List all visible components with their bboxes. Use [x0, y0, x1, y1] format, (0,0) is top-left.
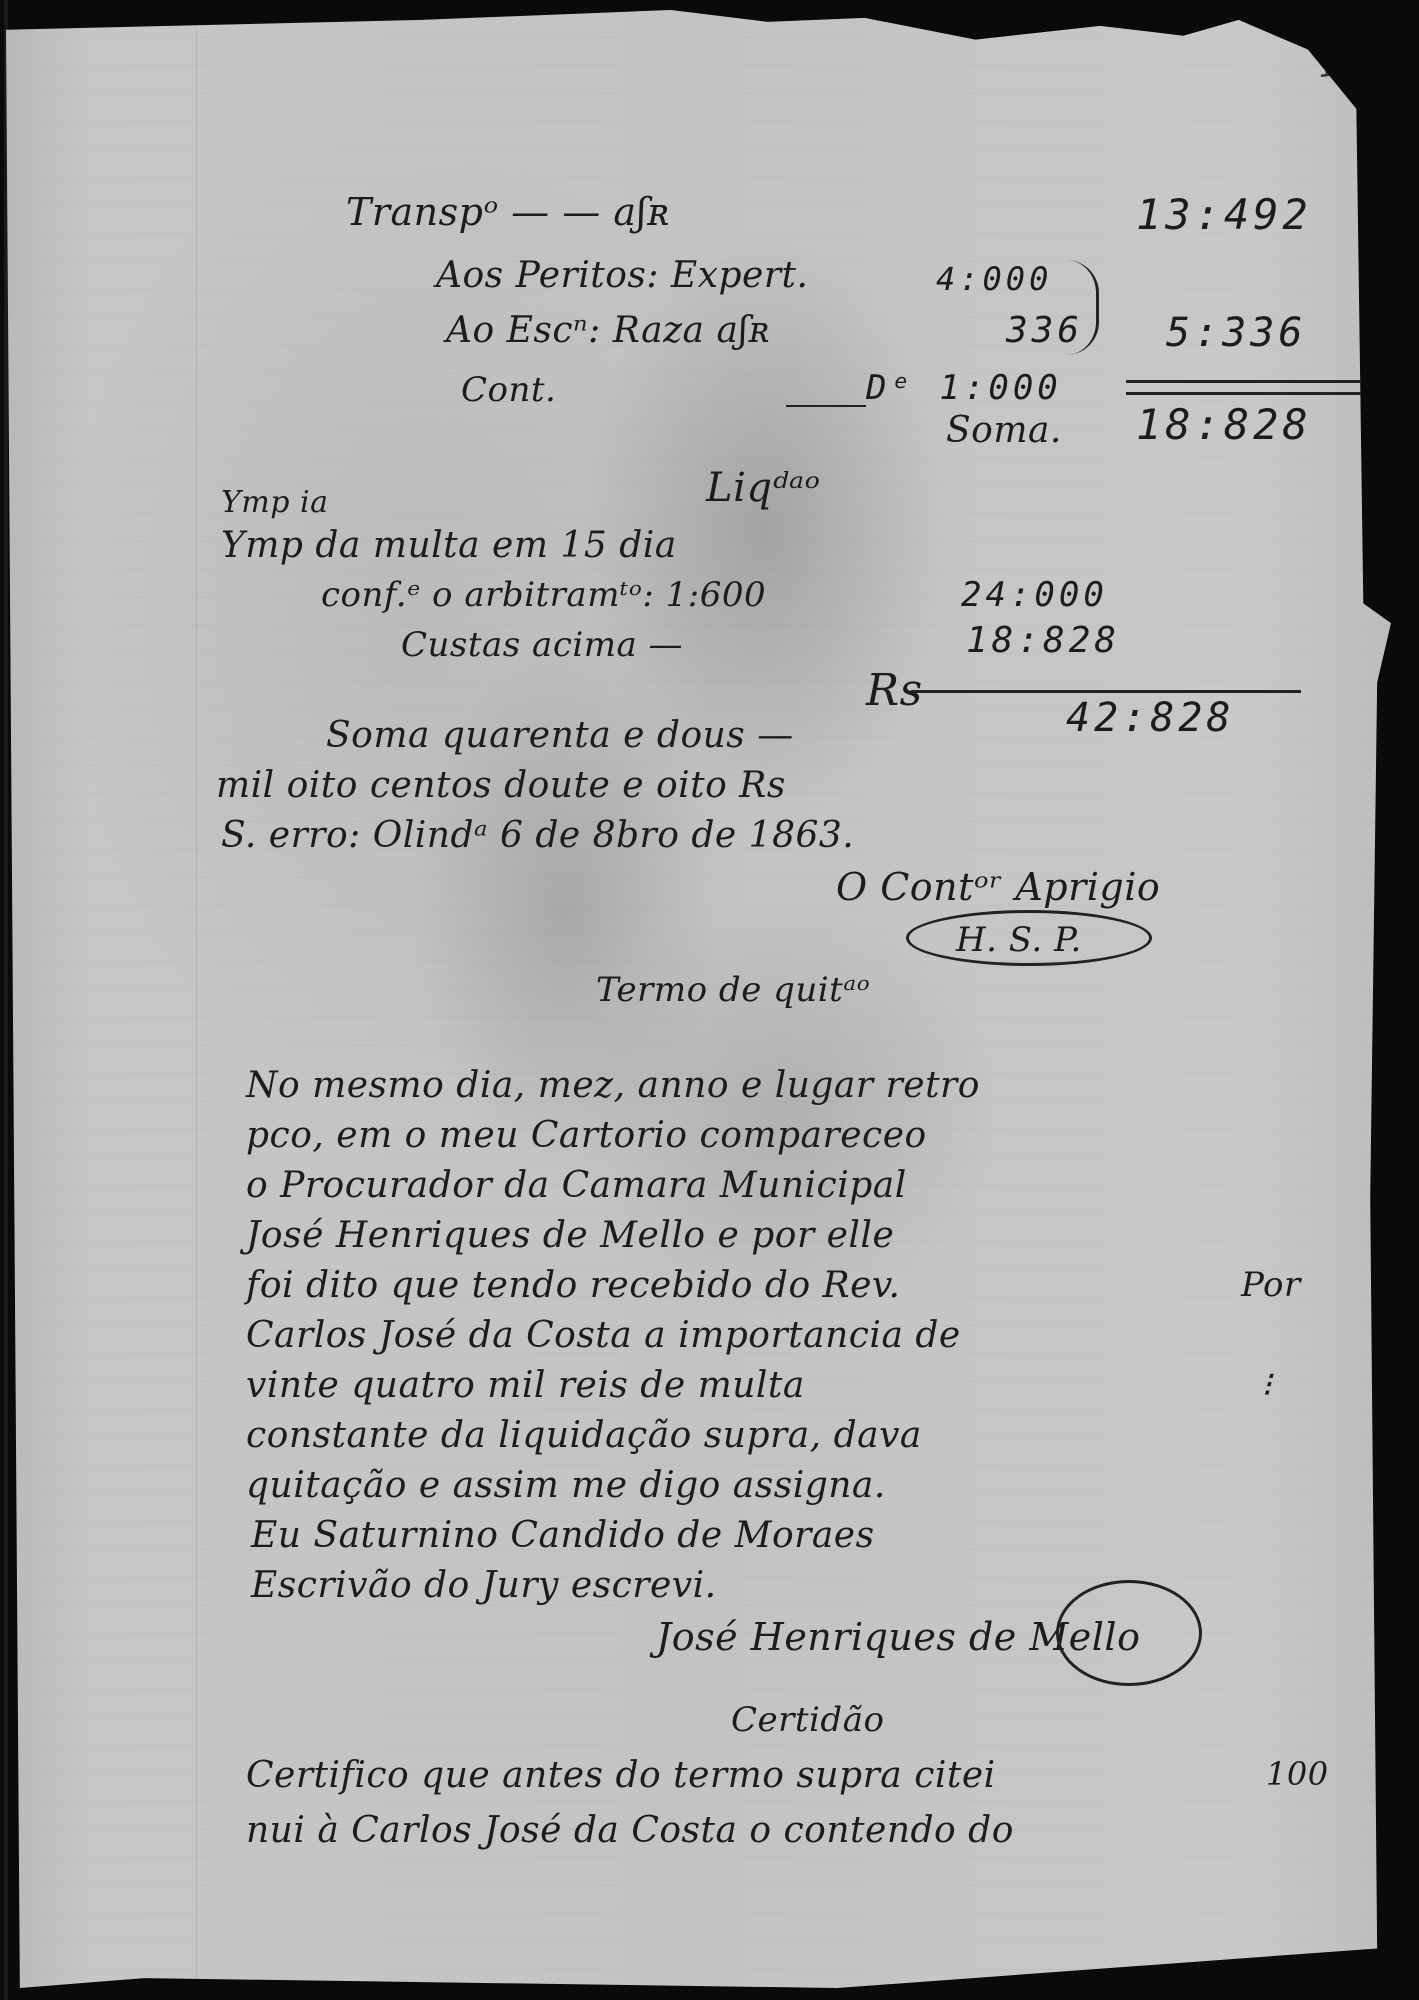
termo-line: foi dito que tendo recebido do Rev. — [246, 1265, 900, 1306]
account-row-total: 5:336 — [1166, 310, 1306, 356]
account-row-label: Cont. — [461, 370, 556, 410]
book-spine — [4, 0, 8, 2000]
liquidation-line: Custas acima — — [401, 625, 683, 665]
words-line: mil oito centos doute e oito Rs — [216, 765, 786, 806]
date-line: S. erro: Olindᵃ 6 de 8bro de 1863. — [221, 815, 854, 856]
termo-line: Eu Saturnino Candido de Moraes — [251, 1515, 875, 1556]
margin-note: Ymp ia — [221, 485, 328, 520]
currency-mark: Rs — [866, 665, 923, 716]
termo-line: constante da liquidação supra, dava — [246, 1415, 922, 1456]
liquidation-line: Ymp da multa em 15 dia — [221, 525, 677, 566]
account-row-amount: 4:000 — [936, 260, 1052, 298]
words-line: Soma quarenta e dous — — [326, 715, 794, 756]
margin-mark: ⁝ — [1261, 1365, 1272, 1405]
account-row-amount: Dᵉ 1:000 — [866, 368, 1062, 408]
certidao-heading: Certidão — [731, 1700, 884, 1740]
termo-line: José Henriques de Mello e por elle — [246, 1215, 894, 1256]
termo-line: o Procurador da Camara Municipal — [246, 1165, 907, 1206]
page-number: 14 — [1314, 46, 1357, 86]
double-rule-top — [1126, 380, 1366, 383]
termo-line: No mesmo dia, mez, anno e lugar retro — [246, 1065, 980, 1106]
liquidation-line: conf.ᵉ o arbitramᵗᵒ: 1:600 — [321, 575, 766, 615]
double-rule-bottom — [1126, 392, 1366, 395]
sum-total: 18:828 — [1136, 400, 1312, 449]
liquidation-amount: 24:000 — [961, 575, 1108, 615]
sum-label: Soma. — [946, 410, 1062, 451]
account-row-label: Ao Escⁿ: Raza aʃʀ — [446, 310, 770, 351]
termo-line: pco, em o meu Cartorio compareceo — [246, 1115, 927, 1156]
signature-flourish — [906, 910, 1152, 966]
termo-line: quitação e assim me digo assigna. — [246, 1465, 886, 1506]
underline — [786, 405, 866, 407]
liquidation-amount: 18:828 — [966, 620, 1120, 661]
total-rule — [911, 690, 1301, 693]
signature-name: O Contᵒʳ Aprigio — [836, 865, 1160, 909]
margin-note-right: Por — [1241, 1265, 1301, 1305]
termo-line: vinte quatro mil reis de multa — [246, 1365, 805, 1406]
manuscript-page: 14 Transpᵒ — — aʃʀ 13:492 Aos Peritos: E… — [6, 10, 1391, 1988]
grand-total: 42:828 — [1066, 695, 1235, 741]
liquidation-heading: Liqᵈᵃᵒ — [706, 465, 820, 511]
margin-note-right: 100 — [1266, 1755, 1329, 1793]
bracket-mark — [1066, 260, 1099, 355]
account-row-label: Transpᵒ — — aʃʀ — [346, 190, 670, 234]
certidao-line: nui à Carlos José da Costa o contendo do — [246, 1810, 1014, 1851]
signature-flourish — [1056, 1580, 1202, 1686]
certidao-line: Certifico que antes do termo supra citei — [246, 1755, 996, 1796]
termo-line: Escrivão do Jury escrevi. — [251, 1565, 717, 1606]
account-row-label: Aos Peritos: Expert. — [436, 255, 808, 296]
termo-line: Carlos José da Costa a importancia de — [246, 1315, 961, 1356]
account-row-total: 13:492 — [1136, 190, 1312, 239]
termo-heading: Termo de quitᵃᵒ — [596, 970, 870, 1010]
margin-line — [196, 30, 197, 1990]
